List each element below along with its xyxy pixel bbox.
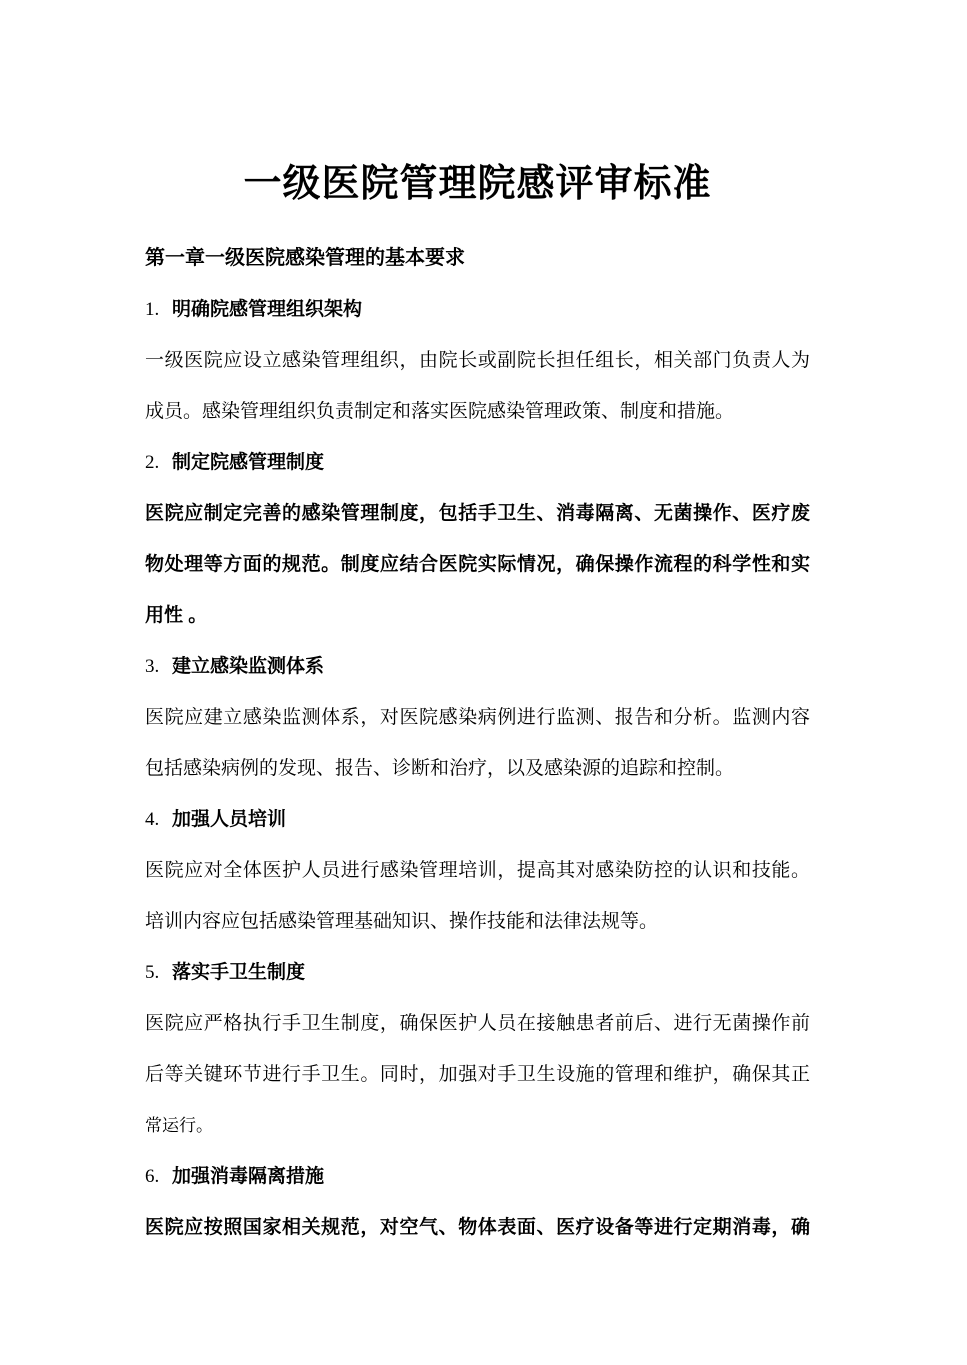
section-heading: 1.明确院感管理组织架构 [145,284,810,335]
section: 5.落实手卫生制度 医院应严格执行手卫生制度，确保医护人员在接触患者前后、进行无… [145,947,810,1151]
section-lines: 医院应建立感染监测体系，对医院感染病例进行监测、报告和分析。监测内容包括感染病例… [145,692,810,794]
paragraph-line: 常运行。 [145,1100,810,1151]
section-heading-label: 明确院感管理组织架构 [172,299,362,320]
section-number: 1. [145,284,172,335]
section-heading: 3.建立感染监测体系 [145,641,810,692]
section: 3.建立感染监测体系 医院应建立感染监测体系，对医院感染病例进行监测、报告和分析… [145,641,810,794]
paragraph-line: 医院应严格执行手卫生制度，确保医护人员在接触患者前后、进行无菌操作前 [145,998,810,1049]
section-lines: 医院应按照国家相关规范，对空气、物体表面、医疗设备等进行定期消毒，确 [145,1202,810,1253]
paragraph-line: 医院应按照国家相关规范，对空气、物体表面、医疗设备等进行定期消毒，确 [145,1202,810,1253]
paragraph-line: 一级医院应设立感染管理组织，由院长或副院长担任组长，相关部门负责人为 [145,335,810,386]
section-heading: 6.加强消毒隔离措施 [145,1151,810,1202]
page-title: 一级医院管理院感评审标准 [145,165,810,203]
section: 1.明确院感管理组织架构 一级医院应设立感染管理组织，由院长或副院长担任组长，相… [145,284,810,437]
sections: 1.明确院感管理组织架构 一级医院应设立感染管理组织，由院长或副院长担任组长，相… [145,284,810,1253]
section-heading-label: 落实手卫生制度 [172,962,305,983]
section-number: 5. [145,947,172,998]
section-lines: 医院应制定完善的感染管理制度，包括手卫生、消毒隔离、无菌操作、医疗废物处理等方面… [145,488,810,641]
paragraph-line: 用性 。 [145,590,810,641]
paragraph-line: 物处理等方面的规范。制度应结合医院实际情况，确保操作流程的科学性和实 [145,539,810,590]
section-heading: 2.制定院感管理制度 [145,437,810,488]
paragraph-line: 医院应建立感染监测体系，对医院感染病例进行监测、报告和分析。监测内容 [145,692,810,743]
section-number: 3. [145,641,172,692]
document-page: 一级医院管理院感评审标准 第一章一级医院感染管理的基本要求 1.明确院感管理组织… [0,0,967,1365]
section-heading: 4.加强人员培训 [145,794,810,845]
section-lines: 医院应严格执行手卫生制度，确保医护人员在接触患者前后、进行无菌操作前后等关键环节… [145,998,810,1151]
section-heading-label: 加强消毒隔离措施 [172,1166,324,1187]
section-heading: 5.落实手卫生制度 [145,947,810,998]
paragraph-line: 医院应制定完善的感染管理制度，包括手卫生、消毒隔离、无菌操作、医疗废 [145,488,810,539]
section-lines: 一级医院应设立感染管理组织，由院长或副院长担任组长，相关部门负责人为成员。感染管… [145,335,810,437]
section: 4.加强人员培训 医院应对全体医护人员进行感染管理培训，提高其对感染防控的认识和… [145,794,810,947]
section-heading-label: 建立感染监测体系 [172,656,324,677]
section: 6.加强消毒隔离措施 医院应按照国家相关规范，对空气、物体表面、医疗设备等进行定… [145,1151,810,1253]
section-heading-label: 加强人员培训 [172,809,286,830]
section-number: 2. [145,437,172,488]
section-number: 6. [145,1151,172,1202]
paragraph-line: 后等关键环节进行手卫生。同时，加强对手卫生设施的管理和维护，确保其正 [145,1049,810,1100]
section-number: 4. [145,794,172,845]
section-lines: 医院应对全体医护人员进行感染管理培训，提高其对感染防控的认识和技能。培训内容应包… [145,845,810,947]
section-heading-label: 制定院感管理制度 [172,452,324,473]
paragraph-line: 包括感染病例的发现、报告、诊断和治疗，以及感染源的追踪和控制。 [145,743,810,794]
paragraph-line: 培训内容应包括感染管理基础知识、操作技能和法律法规等。 [145,896,810,947]
paragraph-line: 医院应对全体医护人员进行感染管理培训，提高其对感染防控的认识和技能。 [145,845,810,896]
chapter-heading: 第一章一级医院感染管理的基本要求 [145,233,810,284]
section: 2.制定院感管理制度 医院应制定完善的感染管理制度，包括手卫生、消毒隔离、无菌操… [145,437,810,641]
paragraph-line: 成员。感染管理组织负责制定和落实医院感染管理政策、制度和措施。 [145,386,810,437]
